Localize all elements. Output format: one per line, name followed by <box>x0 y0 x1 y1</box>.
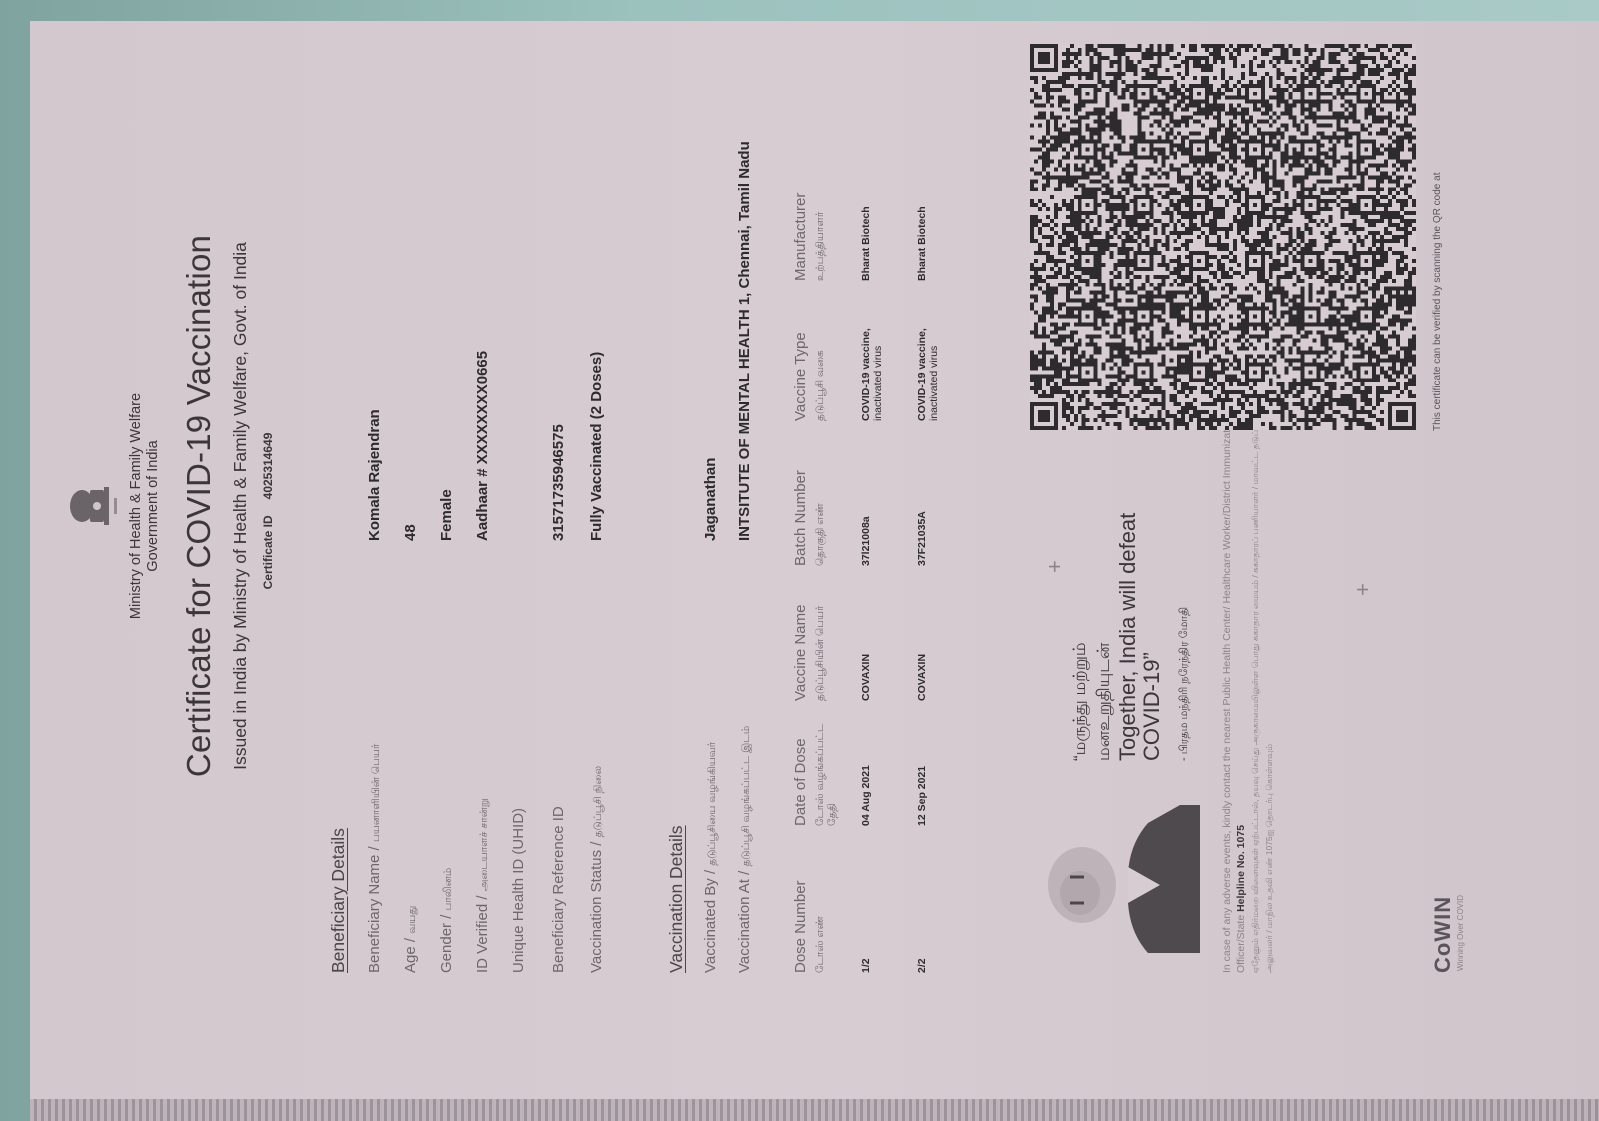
beneficiary-field-value: Komala Rajendran <box>366 409 383 541</box>
table-cell-manufacturer: Bharat Biotech <box>860 206 872 281</box>
beneficiary-field-label: Beneficiary Name / பயனாளியின் பெயர் <box>366 744 383 973</box>
field-label-ta: தடுப்பூசியை வழங்கியவர் <box>706 742 718 866</box>
verify-note: This certificate can be verified by scan… <box>1432 173 1443 431</box>
beneficiary-field-value: 48 <box>402 524 419 541</box>
plus-mark-icon: + <box>1350 583 1376 596</box>
vaccination-field-label: Vaccinated By / தடுப்பூசியை வழங்கியவர் <box>702 742 719 973</box>
helpline-number: Helpline No. 1075 <box>1235 825 1247 912</box>
table-cell-batch: 37F21035A <box>916 511 928 566</box>
table-header: Date of Dose <box>792 738 809 826</box>
table-header: Vaccine Type <box>792 332 809 421</box>
field-label-en: Beneficiary Name / <box>366 846 383 973</box>
field-label-ta: பாலினம் <box>442 868 454 911</box>
table-header-tamil: உற்பத்தியாளர் <box>814 212 826 281</box>
vaccine-type-line2: inactivated virus <box>928 328 940 421</box>
vaccination-field-label: Vaccination At / தடுப்பூசி வழங்கப்பட்ட இ… <box>736 726 753 973</box>
table-cell-date: 04 Aug 2021 <box>860 765 872 826</box>
plus-mark-icon: + <box>1042 560 1068 573</box>
field-label-en: Beneficiary Reference ID <box>550 806 567 973</box>
table-cell-type: COVID-19 vaccine,inactivated virus <box>916 328 940 421</box>
vaccination-field-value: INTSITUTE OF MENTAL HEALTH 1, Chennai, T… <box>736 141 753 541</box>
issued-by: Issued in India by Ministry of Health & … <box>230 91 251 921</box>
quote-english-line2: COVID-19” <box>1140 441 1164 761</box>
vaccination-field-value: Jaganathan <box>702 458 719 541</box>
field-label-en: Vaccinated By / <box>702 870 719 973</box>
vaccine-type-line1: COVID-19 vaccine, <box>916 328 928 421</box>
quote-tamil-line1: “மருந்து மற்றும் <box>1068 441 1092 761</box>
beneficiary-field-value: Female <box>438 489 455 541</box>
table-header: Vaccine Name <box>792 605 809 701</box>
quote-attribution: - பிரதம மந்திரி நரேந்திர மோதி <box>1178 607 1192 761</box>
certificate-id: Certificate ID4025314649 <box>261 361 275 661</box>
beneficiary-field-label: Gender / பாலினம் <box>438 868 455 973</box>
field-label-ta: வயது <box>406 906 418 934</box>
ministry-heading: Ministry of Health & Family Welfare Gove… <box>128 271 162 741</box>
beneficiary-field-label: Unique Health ID (UHID) <box>510 808 527 973</box>
adverse-events-note: In case of any adverse events, kindly co… <box>1220 413 1276 973</box>
field-label-ta: அடையாளச் சான்று <box>478 798 490 891</box>
field-label-ta: தடுப்பூசி நிலை <box>592 766 604 837</box>
adverse-text-tamil: ஏதேனும் எதிர்மறை விளைவுகள் ஏற்பட்டால், த… <box>1248 413 1276 973</box>
table-header-tamil: தடுப்பூசி வகை <box>814 350 826 421</box>
certificate-page: Ministry of Health & Family Welfare Gove… <box>30 21 1599 1121</box>
table-cell-dose: 1/2 <box>860 958 872 973</box>
quote-tamil-line2: மனஉறுதியுடன் <box>1092 441 1116 761</box>
quote-english-line1: Together, India will defeat <box>1116 441 1140 761</box>
table-cell-vaccine: COVAXIN <box>860 654 872 701</box>
table-cell-dose: 2/2 <box>916 958 928 973</box>
table-header-tamil: டோஸ் வழங்கப்பட்ட தேதி <box>814 716 838 826</box>
field-label-en: Vaccination Status / <box>588 842 605 973</box>
table-header-tamil: தடுப்பூசியின் பெயர் <box>814 606 826 701</box>
field-label-en: Unique Health ID (UHID) <box>510 808 527 973</box>
table-cell-date: 12 Sep 2021 <box>916 766 928 826</box>
vaccine-type-line1: COVID-19 vaccine, <box>860 328 872 421</box>
beneficiary-field-label: Beneficiary Reference ID <box>550 806 567 973</box>
cowin-tagline: Winning Over COVID <box>1456 895 1465 971</box>
table-header-tamil: டோஸ் எண் <box>814 916 826 973</box>
qr-code-icon[interactable] <box>1030 43 1416 431</box>
field-label-en: Age / <box>402 938 419 973</box>
table-cell-manufacturer: Bharat Biotech <box>916 206 928 281</box>
certificate-title: Certificate for COVID-19 Vaccination <box>180 91 218 921</box>
beneficiary-field-value: Fully Vaccinated (2 Doses) <box>588 352 605 541</box>
beneficiary-field-label: Age / வயது <box>402 906 419 973</box>
quote: “மருந்து மற்றும் மனஉறுதியுடன் Together, … <box>1068 441 1164 761</box>
cowin-logo: CoWIN <box>1430 896 1456 973</box>
ministry-name: Ministry of Health & Family Welfare <box>128 271 145 741</box>
table-cell-vaccine: COVAXIN <box>916 654 928 701</box>
table-cell-type: COVID-19 vaccine,inactivated virus <box>860 328 884 421</box>
government-name: Government of India <box>145 271 162 741</box>
certificate-id-label: Certificate ID <box>261 515 275 589</box>
table-header-tamil: தொகுதி எண் <box>814 503 826 566</box>
prime-minister-photo <box>1030 793 1200 973</box>
beneficiary-field-label: ID Verified / அடையாளச் சான்று <box>474 798 491 973</box>
vaccine-type-line2: inactivated virus <box>872 328 884 421</box>
beneficiary-field-value: Aadhaar # XXXXXXXX0665 <box>474 351 491 541</box>
field-label-en: Vaccination At / <box>736 871 753 973</box>
table-header: Dose Number <box>792 880 809 973</box>
table-header: Manufacturer <box>792 193 809 281</box>
beneficiary-field-value: 31571735946575 <box>550 424 567 541</box>
field-label-ta: தடுப்பூசி வழங்கப்பட்ட இடம் <box>740 726 752 867</box>
field-label-en: Gender / <box>438 915 455 973</box>
national-emblem-icon <box>68 483 122 529</box>
table-cell-batch: 37l21008a <box>860 516 872 566</box>
field-label-en: ID Verified / <box>474 895 491 973</box>
beneficiary-field-label: Vaccination Status / தடுப்பூசி நிலை <box>588 766 605 973</box>
field-label-ta: பயனாளியின் பெயர் <box>370 744 382 842</box>
table-header: Batch Number <box>792 470 809 566</box>
certificate-id-value: 4025314649 <box>261 433 275 500</box>
beneficiary-details-heading: Beneficiary Details <box>328 828 349 973</box>
vaccination-details-heading: Vaccination Details <box>666 825 687 973</box>
